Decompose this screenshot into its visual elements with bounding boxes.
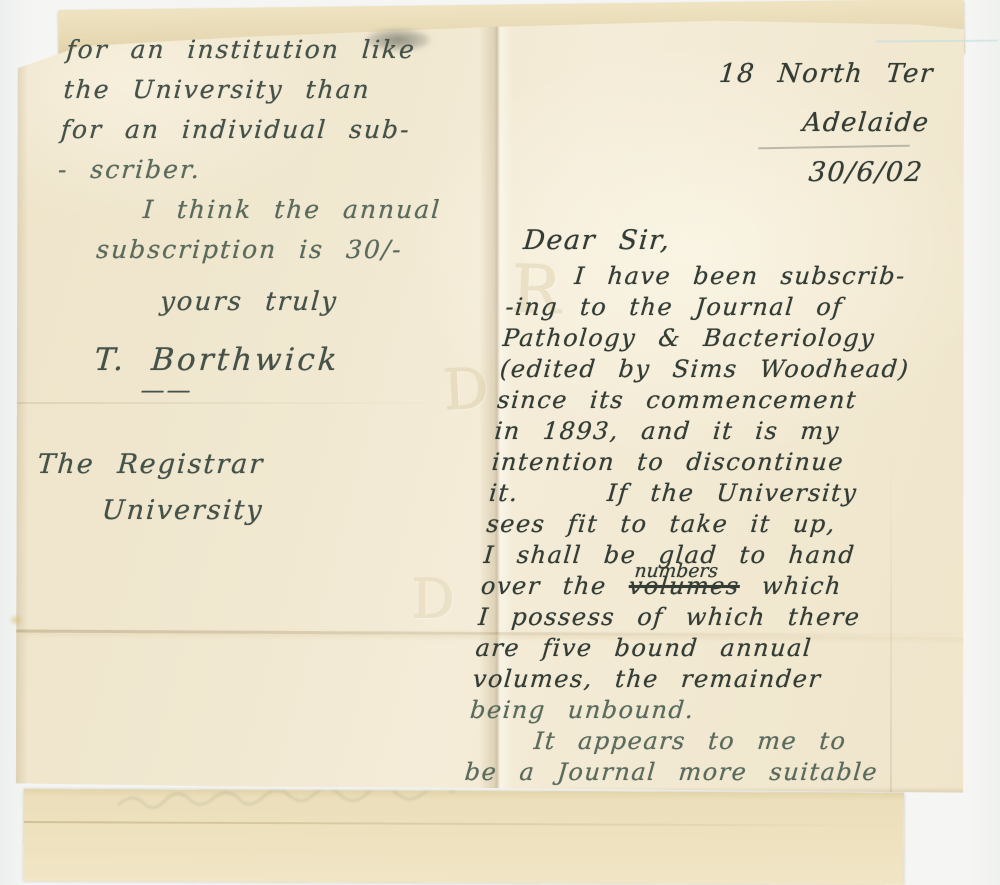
valediction: yours truly bbox=[47, 282, 464, 322]
letter-page-right: 18 North TerAdelaide 30/6/02 Dear Sir, I… bbox=[463, 50, 964, 788]
embossed-watermark: D bbox=[412, 568, 455, 631]
handwritten-line: -ing to the Journal of bbox=[504, 292, 943, 323]
handwritten-line: being unbound. bbox=[469, 695, 908, 726]
handwritten-line: sees fit to take it up, bbox=[485, 509, 924, 540]
handwritten-line: Pathology & Bacteriology bbox=[501, 323, 940, 354]
handwritten-line: Adelaide bbox=[519, 99, 931, 148]
ghost-writing-squiggle bbox=[114, 789, 494, 819]
sender-address: 18 North TerAdelaide bbox=[519, 50, 964, 148]
signature-dash: —— bbox=[42, 382, 457, 398]
handwritten-line: University bbox=[33, 488, 450, 534]
handwritten-line: subscription is 30/- bbox=[51, 230, 468, 270]
handwritten-line: I think the annual bbox=[54, 190, 471, 230]
left-page-body: for an institution likethe University th… bbox=[51, 30, 482, 270]
backing-sheet-bottom bbox=[24, 789, 904, 881]
handwritten-line: 18 North Ter bbox=[524, 50, 936, 99]
handwritten-line: intention to discontinue bbox=[491, 447, 930, 478]
handwritten-line: I possess of which there bbox=[477, 602, 916, 633]
signature: T. Borthwick bbox=[43, 338, 460, 382]
handwritten-line: for an individual sub- bbox=[59, 110, 476, 150]
handwritten-line: (edited by Sims Woodhead) bbox=[499, 354, 938, 385]
letter-page-left: for an institution likethe University th… bbox=[33, 28, 482, 534]
handwritten-line: are five bound annual bbox=[474, 633, 913, 664]
handwritten-line: The Registrar bbox=[36, 442, 453, 488]
addressee: The Registrar University bbox=[33, 442, 453, 534]
right-page-body: I have been subscrib--ing to the Journal… bbox=[463, 261, 945, 788]
letter-date: 30/6/02 bbox=[515, 148, 955, 197]
handwritten-line: it. If the University bbox=[488, 478, 927, 509]
paper-stain bbox=[6, 612, 26, 628]
handwritten-line: volumes, the remainder bbox=[472, 664, 911, 695]
bottom-sheet-crease bbox=[24, 821, 869, 827]
handwritten-line: I have been subscrib- bbox=[507, 261, 946, 292]
handwritten-line: - scriber. bbox=[57, 150, 474, 190]
letter-scan: R D D for an institution likethe Univers… bbox=[0, 0, 1000, 881]
handwritten-line: be a Journal more suitable bbox=[463, 757, 902, 788]
handwritten-line: the University than bbox=[62, 70, 479, 110]
handwritten-line: in 1893, and it is my bbox=[493, 416, 932, 447]
scanner-artifact-line bbox=[876, 40, 998, 43]
handwritten-line: It appears to me to bbox=[466, 726, 905, 757]
handwritten-line: since its commencement bbox=[496, 385, 935, 416]
salutation: Dear Sir, bbox=[510, 223, 949, 259]
handwritten-line: for an institution like bbox=[65, 30, 482, 70]
paper-edge-shading bbox=[14, 20, 28, 795]
handwritten-line: over the volumesnumbers which bbox=[480, 571, 919, 602]
